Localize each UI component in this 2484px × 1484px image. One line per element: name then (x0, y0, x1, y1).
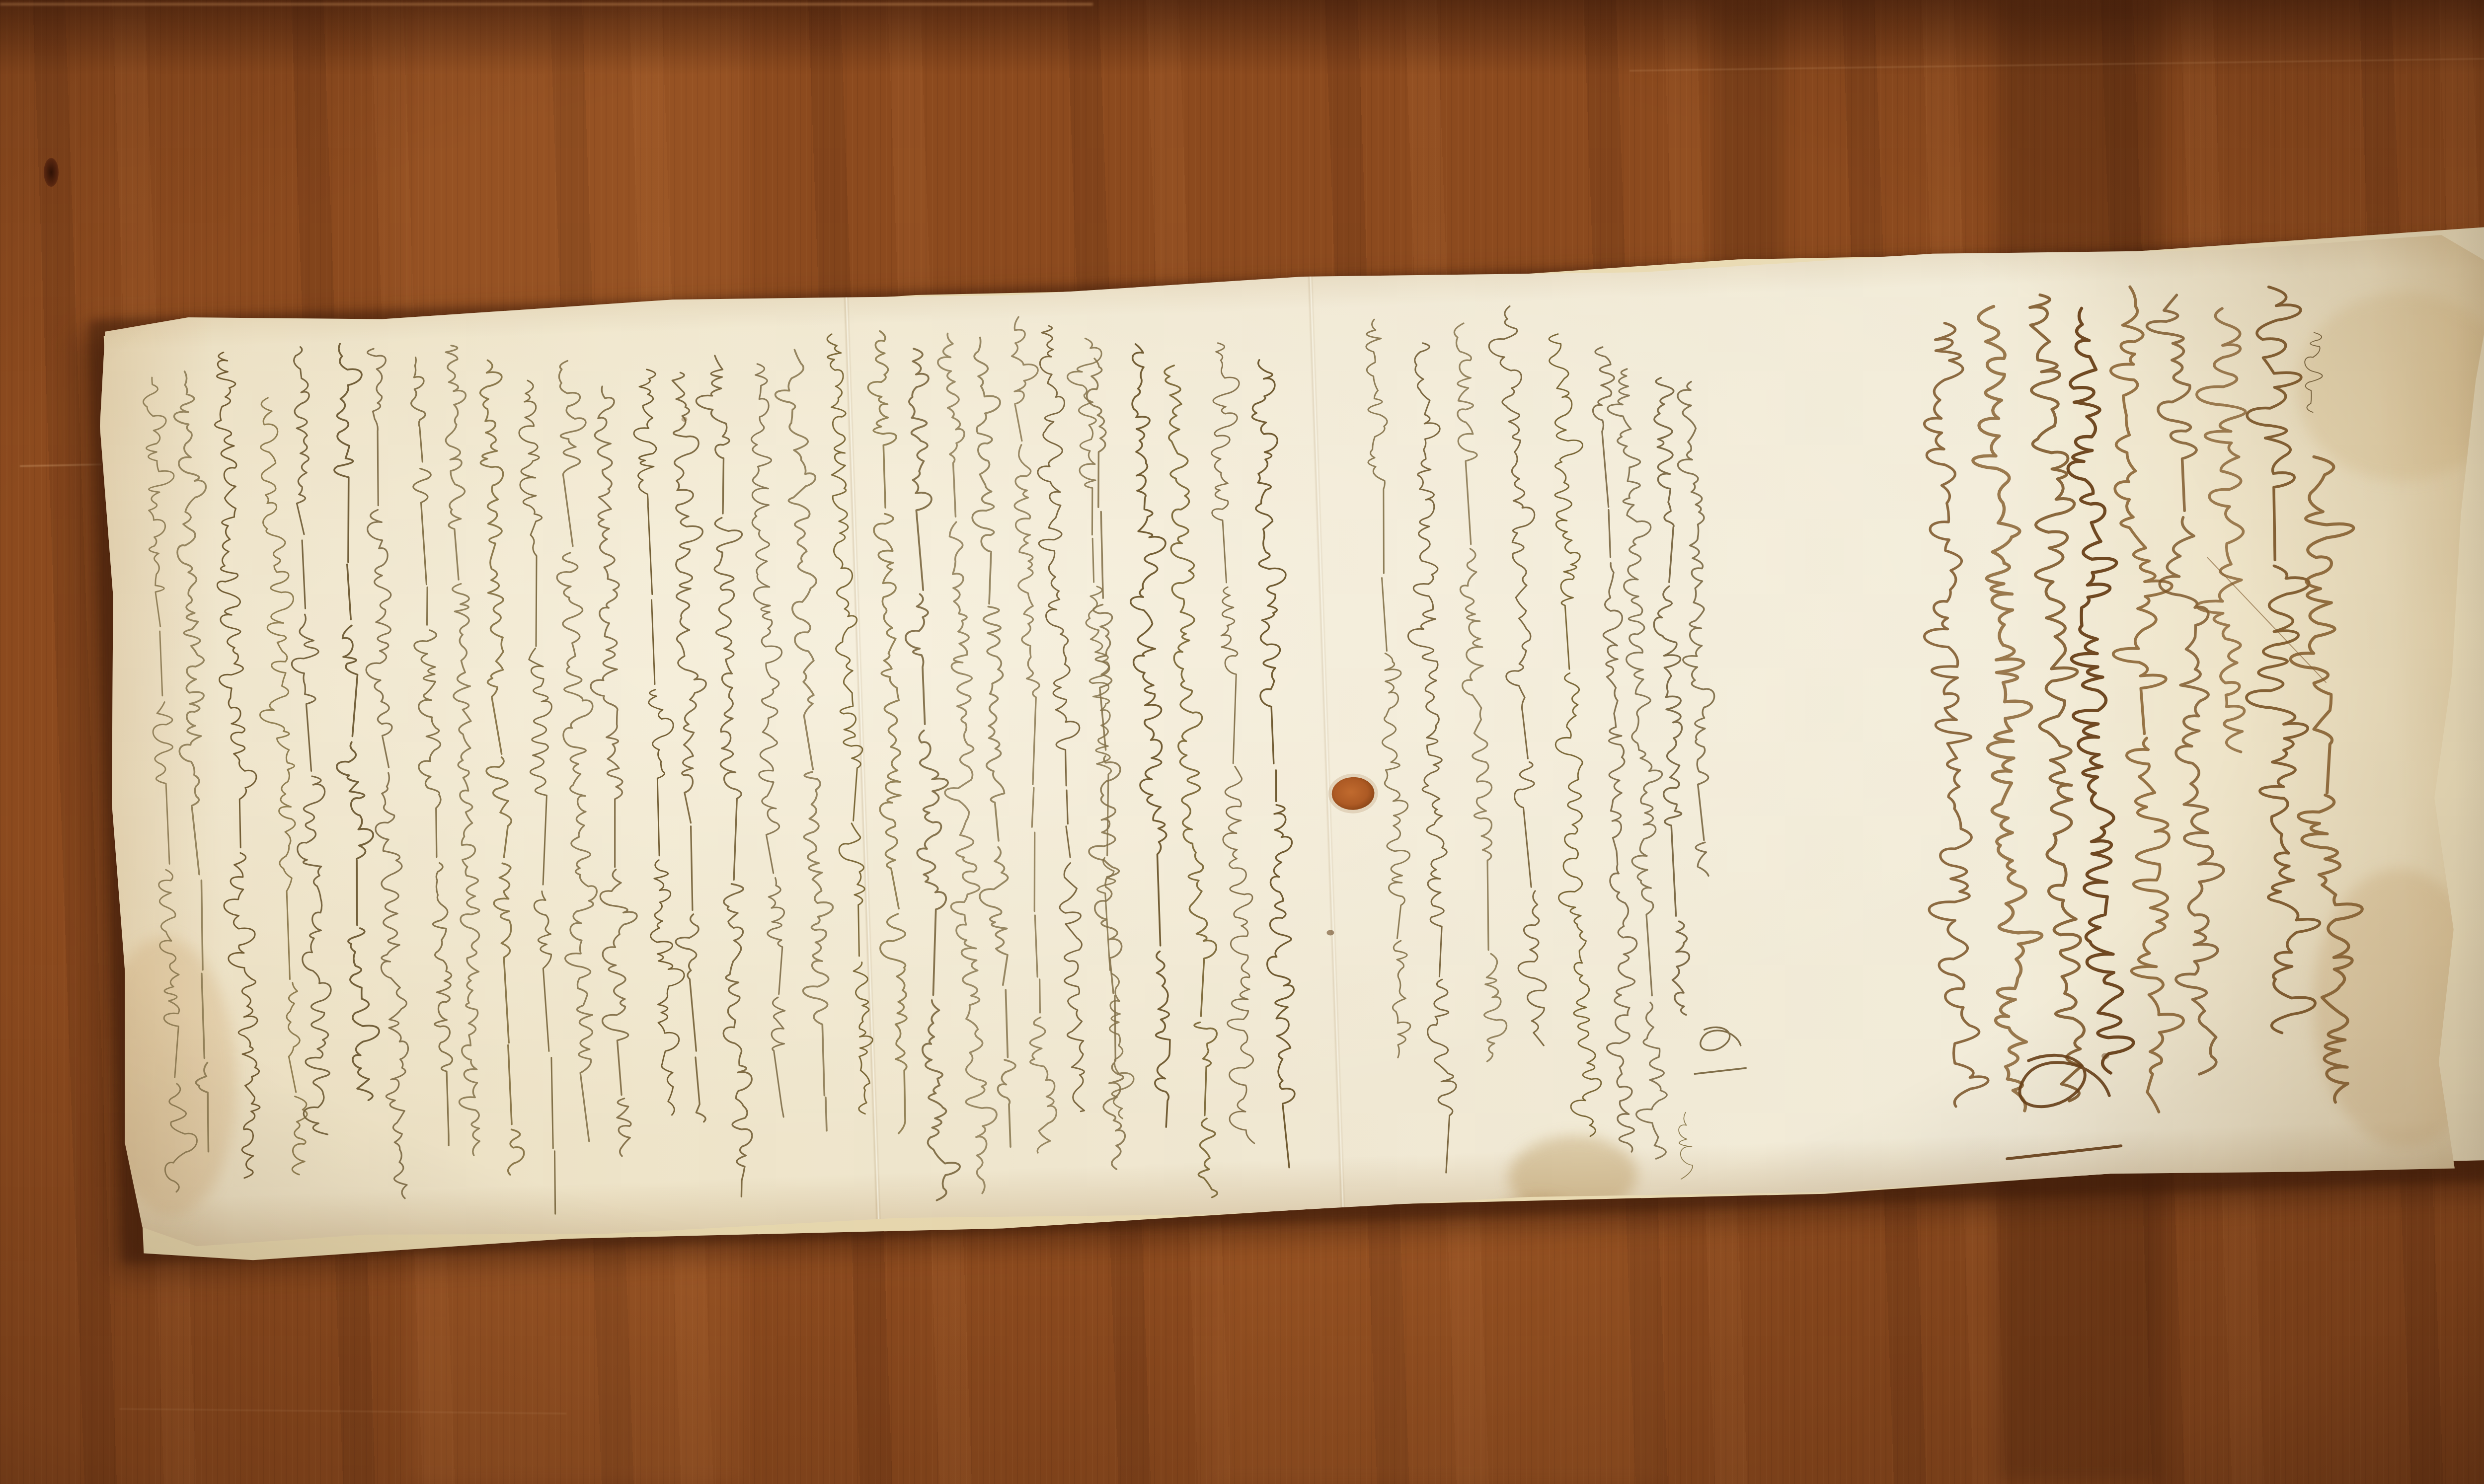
wood-knot (44, 158, 59, 187)
handwriting-line (138, 377, 199, 1192)
handwriting-line (1487, 305, 1553, 1046)
marginal-word (2304, 332, 2325, 413)
handwriting-line (2100, 286, 2190, 1113)
handwriting-line (516, 380, 569, 1214)
handwriting-line (433, 345, 492, 1156)
handwriting-line (1122, 343, 1186, 1127)
manuscript-photo (0, 0, 2484, 1484)
handwriting-line (2024, 294, 2095, 1102)
manuscript-paper (91, 228, 2484, 1256)
handwriting-line (896, 348, 963, 1201)
handwriting-line (745, 364, 798, 1117)
handwriting-line (1398, 343, 1466, 1174)
handwriting-line (2304, 332, 2325, 413)
handwriting-line (631, 369, 689, 1115)
handwriting-line (1164, 365, 1225, 1198)
wood-grain-streak (1217, 1217, 1664, 1484)
handwriting-layer (91, 228, 2484, 1256)
handwriting-line (695, 355, 765, 1197)
handwriting-line (858, 331, 921, 1134)
handwriting-line (2284, 455, 2374, 1103)
handwriting-line (1363, 319, 1417, 1058)
heading-block (1908, 279, 2375, 1161)
handwriting-line (960, 337, 1026, 1147)
handwriting-line (1246, 359, 1306, 1168)
table-edge-highlight (0, 3, 1093, 5)
handwriting-line (1678, 1112, 1693, 1179)
body-block-1 (137, 326, 878, 1228)
handwriting-line (1450, 323, 1508, 1062)
body-block-3 (1071, 339, 1307, 1201)
handwriting-line (404, 357, 458, 1146)
handwriting-line (1582, 347, 1644, 1153)
handwriting-line (1539, 333, 1607, 1137)
handwriting-line (1202, 342, 1265, 1144)
handwriting-line (1072, 358, 1134, 1170)
handwriting-line (544, 360, 611, 1142)
handwriting-line (1673, 381, 1720, 877)
handwriting-line (2186, 308, 2257, 753)
handwriting-line (355, 348, 415, 1199)
closing-block (1606, 366, 1750, 1181)
handwriting-line (580, 386, 645, 1157)
handwriting-line (774, 349, 841, 1132)
handwriting-line (1693, 1026, 1746, 1074)
handwriting-line (205, 352, 270, 1178)
body-block-2 (858, 314, 1138, 1202)
body-block-4 (1363, 302, 1644, 1175)
handwriting-line (1066, 338, 1135, 1119)
handwriting-line (821, 334, 875, 1114)
handwriting-line (1968, 305, 2048, 1112)
handwriting-line (249, 397, 313, 1176)
handwriting-line (277, 347, 337, 1135)
handwriting-line (166, 371, 230, 1152)
handwriting-line (1004, 316, 1065, 1153)
handwriting-line (1909, 322, 1989, 1107)
